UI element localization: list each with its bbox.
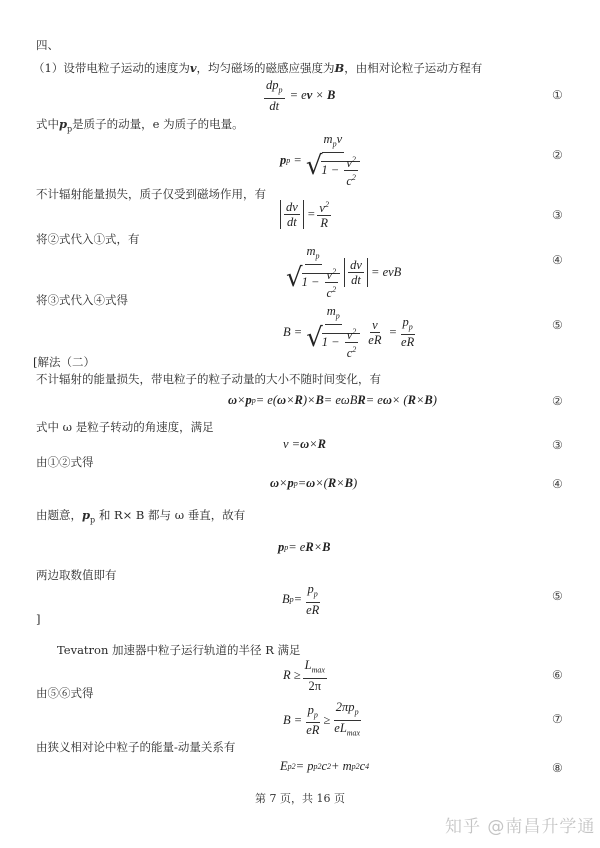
equation-number-8: ⑧: [552, 761, 563, 775]
method2-equation-2: ω× pp = e(ω× R)× B = eωBR = eω× (R× B): [228, 393, 437, 408]
closing-bracket: ]: [36, 612, 41, 626]
tevatron-text: Tevatron 加速器中粒子运行轨道的半径 R 满足: [57, 643, 301, 657]
part1-intro: （1）设带电粒子运动的速度为v，均匀磁场的磁感应强度为B，由相对论粒子运动方程有: [33, 61, 482, 75]
method2-equation-number-5: ⑤: [552, 589, 563, 603]
equation-8: Ep2 = pp2c2 + mp2c4: [280, 759, 369, 774]
perpendicular-text: 由题意，pp 和 R× B 都与 ω 垂直，故有: [36, 508, 245, 527]
equation-1: dppdt = ev × B: [262, 78, 335, 113]
equation-2: pp = mpv√1 − v2c2: [280, 132, 364, 188]
substitute-2-into-1-text: 将②式代入①式，有: [36, 232, 140, 246]
method2-equation-number-3: ③: [552, 438, 563, 452]
equation-6: R ≥ Lmax2π: [283, 658, 329, 693]
magnitude-text: 两边取数值即有: [36, 568, 117, 582]
equation-number-5: ⑤: [552, 318, 563, 332]
method2-equation-4: ω× pp = ω×(R× B): [270, 476, 357, 491]
energy-momentum-text: 由狭义相对论中粒子的能量-动量关系有: [36, 740, 235, 754]
method2-intro: 不计辐射的能量损失，带电粒子的粒子动量的大小不随时间变化，有: [36, 372, 381, 386]
omega-definition-text: 式中 ω 是粒子转动的角速度，满足: [36, 420, 214, 434]
page-footer: 第 7 页，共 16 页: [0, 790, 600, 806]
equation-number-6: ⑥: [552, 668, 563, 682]
equation-3: dvdt = v2R: [280, 198, 333, 230]
equation-number-7: ⑦: [552, 712, 563, 726]
method2-equation-5: Bp = ppeR: [282, 582, 323, 617]
watermark: 知乎 @南昌升学通: [445, 812, 595, 837]
method2-equation-number-2: ②: [552, 394, 563, 408]
from-1-2-text: 由①②式得: [36, 455, 94, 469]
equation-number-1: ①: [552, 88, 563, 102]
method2-heading: [解法（二）: [33, 355, 95, 369]
no-radiation-text: 不计辐射能量损失，质子仅受到磁场作用，有: [36, 187, 266, 201]
section-heading: 四、: [36, 38, 59, 52]
from-5-6-text: 由⑤⑥式得: [36, 686, 94, 700]
equation-number-2: ②: [552, 148, 563, 162]
equation-5: B = mp√1 − v2c2 veR = ppeR: [283, 304, 418, 360]
substitute-3-into-4-text: 将③式代入④式得: [36, 293, 128, 307]
method2-equation-momentum: pp = eR× B: [278, 540, 330, 555]
equation-number-4: ④: [552, 253, 563, 267]
method2-equation-3: v = ω× R: [283, 437, 326, 452]
momentum-note: 式中pp是质子的动量，e 为质子的电量。: [36, 117, 244, 136]
equation-number-3: ③: [552, 208, 563, 222]
method2-equation-number-4: ④: [552, 477, 563, 491]
equation-4: mp√1 − v2c2 dvdt = evB: [282, 244, 401, 300]
equation-7: B = ppeR ≥ 2πppeLmax: [283, 700, 364, 740]
